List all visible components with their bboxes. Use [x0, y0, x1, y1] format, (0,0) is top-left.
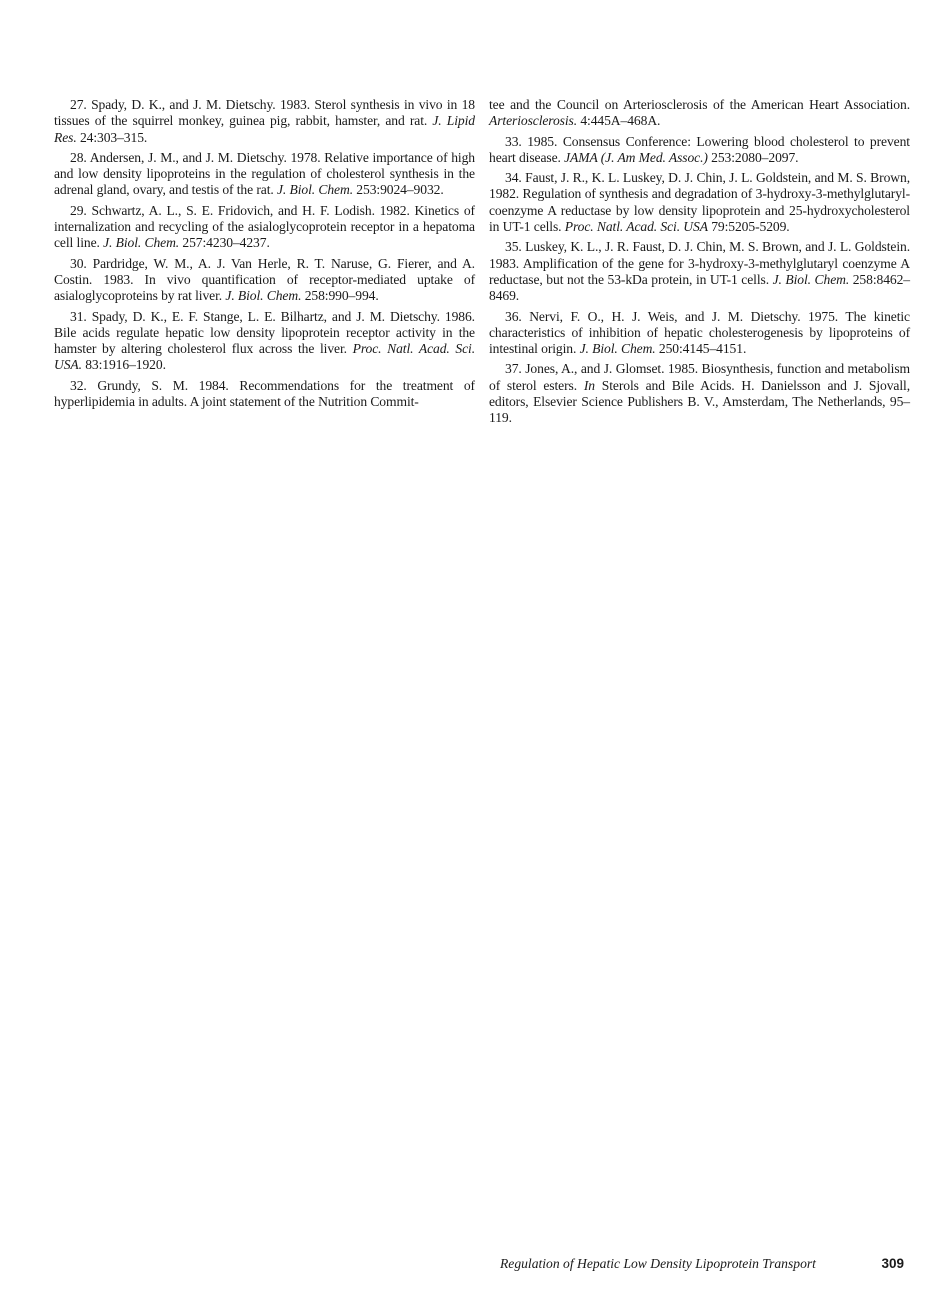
- reference-number: 35.: [505, 239, 522, 254]
- citation-text: 83:1916–1920.: [82, 357, 166, 372]
- reference-number: 37.: [505, 361, 522, 376]
- reference-entry: 30. Pardridge, W. M., A. J. Van Herle, R…: [54, 256, 475, 305]
- reference-number: 28.: [70, 150, 87, 165]
- citation-text: 258:990–994.: [301, 288, 378, 303]
- reference-number: 36.: [505, 309, 522, 324]
- reference-number: 31.: [70, 309, 87, 324]
- page-footer: Regulation of Hepatic Low Density Lipopr…: [500, 1256, 910, 1276]
- citation-text: 257:4230–4237.: [179, 235, 270, 250]
- citation-text: 4:445A–468A.: [577, 113, 660, 128]
- citation-italic-text: J. Biol. Chem.: [773, 272, 850, 287]
- reference-entry: 35. Luskey, K. L., J. R. Faust, D. J. Ch…: [489, 239, 910, 304]
- citation-italic-text: J. Biol. Chem.: [103, 235, 179, 250]
- reference-entry: 28. Andersen, J. M., and J. M. Dietschy.…: [54, 150, 475, 199]
- reference-continuation: tee and the Council on Arteriosclerosis …: [489, 97, 910, 130]
- reference-entry: 31. Spady, D. K., E. F. Stange, L. E. Bi…: [54, 309, 475, 374]
- reference-number: 30.: [70, 256, 87, 271]
- reference-list-left-column: 27. Spady, D. K., and J. M. Dietschy. 19…: [54, 97, 475, 414]
- citation-text: 253:9024–9032.: [353, 182, 444, 197]
- reference-number: 33.: [505, 134, 522, 149]
- citation-text: tee and the Council on Arteriosclerosis …: [489, 97, 910, 112]
- citation-italic-text: J. Biol. Chem.: [225, 288, 301, 303]
- citation-italic-text: Proc. Natl. Acad. Sci. USA: [565, 219, 708, 234]
- reference-number: 27.: [70, 97, 87, 112]
- citation-text: 253:2080–2097.: [708, 150, 799, 165]
- reference-entry: 32. Grundy, S. M. 1984. Recommendations …: [54, 378, 475, 411]
- citation-text: Spady, D. K., and J. M. Dietschy. 1983. …: [54, 97, 475, 128]
- citation-text: 250:4145–4151.: [656, 341, 747, 356]
- page-number: 309: [881, 1256, 904, 1271]
- reference-list-right-column: tee and the Council on Arteriosclerosis …: [489, 97, 910, 431]
- citation-text: 24:303–315.: [77, 130, 148, 145]
- reference-number: 29.: [70, 203, 87, 218]
- running-title: Regulation of Hepatic Low Density Lipopr…: [500, 1256, 816, 1272]
- citation-italic-text: JAMA (J. Am Med. Assoc.): [564, 150, 708, 165]
- reference-entry: 34. Faust, J. R., K. L. Luskey, D. J. Ch…: [489, 170, 910, 235]
- reference-entry: 37. Jones, A., and J. Glomset. 1985. Bio…: [489, 361, 910, 426]
- reference-entry: 36. Nervi, F. O., H. J. Weis, and J. M. …: [489, 309, 910, 358]
- citation-italic-text: Arteriosclerosis.: [489, 113, 577, 128]
- reference-entry: 27. Spady, D. K., and J. M. Dietschy. 19…: [54, 97, 475, 146]
- reference-entry: 29. Schwartz, A. L., S. E. Fridovich, an…: [54, 203, 475, 252]
- citation-italic-text: J. Biol. Chem.: [580, 341, 656, 356]
- citation-text: Grundy, S. M. 1984. Recommendations for …: [54, 378, 475, 409]
- reference-entry: 33. 1985. Consensus Conference: Lowering…: [489, 134, 910, 167]
- reference-number: 34.: [505, 170, 522, 185]
- citation-text: 79:5205-5209.: [708, 219, 790, 234]
- citation-italic-text: J. Biol. Chem.: [277, 182, 353, 197]
- reference-number: 32.: [70, 378, 87, 393]
- citation-italic-text: In: [584, 378, 595, 393]
